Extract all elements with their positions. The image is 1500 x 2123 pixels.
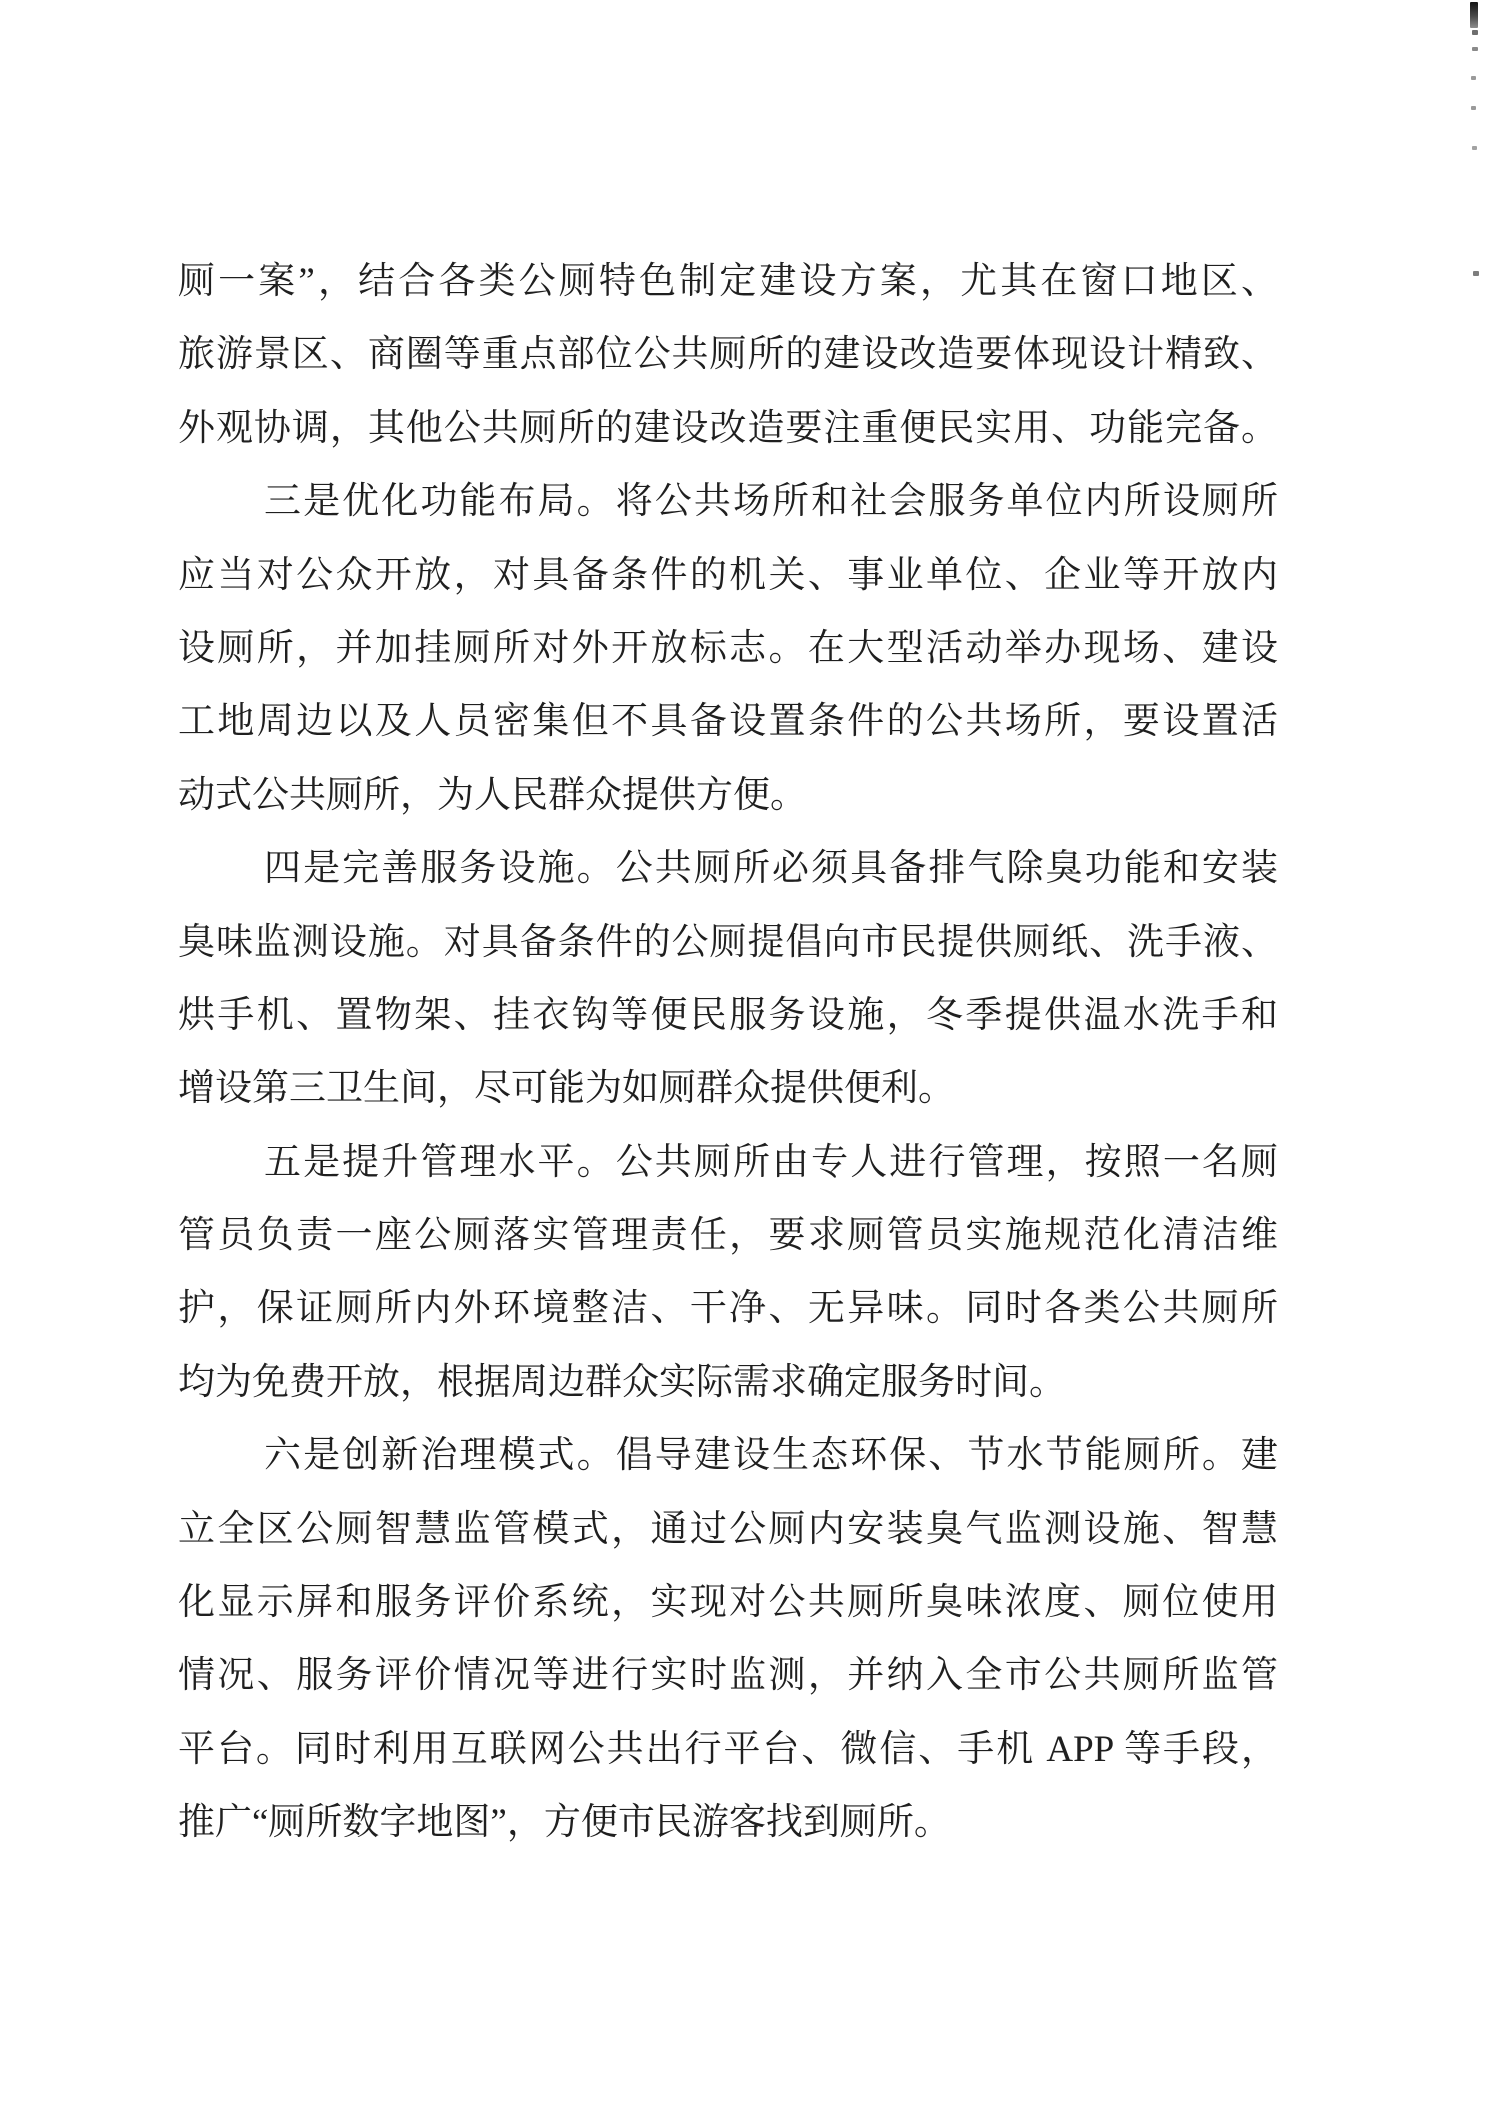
- document-page: 厕一案”，结合各类公厕特色制定建设方案，尤其在窗口地区、旅游景区、商圈等重点部位…: [0, 0, 1500, 2123]
- text-line: 动式公共厕所，为人民群众提供方便。: [178, 759, 1278, 832]
- text-line: 三是优化功能布局。将公共场所和社会服务单位内所设厕所: [178, 465, 1278, 538]
- scan-artifact-speck: [1472, 47, 1478, 51]
- scan-artifact-speck: [1471, 106, 1476, 110]
- text-line: 五是提升管理水平。公共厕所由专人进行管理，按照一名厕: [178, 1126, 1278, 1199]
- text-line: 情况、服务评价情况等进行实时监测，并纳入全市公共厕所监管: [178, 1639, 1278, 1712]
- text-line: 平台。同时利用互联网公共出行平台、微信、手机 APP 等手段，: [178, 1713, 1278, 1786]
- text-line: 均为免费开放，根据周边群众实际需求确定服务时间。: [178, 1346, 1278, 1419]
- text-line: 应当对公众开放，对具备条件的机关、事业单位、企业等开放内: [178, 539, 1278, 612]
- text-line: 臭味监测设施。对具备条件的公厕提倡向市民提供厕纸、洗手液、: [178, 906, 1278, 979]
- text-line: 护，保证厕所内外环境整洁、干净、无异味。同时各类公共厕所: [178, 1272, 1278, 1345]
- document-text: 厕一案”，结合各类公厕特色制定建设方案，尤其在窗口地区、旅游景区、商圈等重点部位…: [178, 245, 1278, 1860]
- scan-artifact-speck: [1472, 146, 1477, 150]
- scan-artifact-smudge: [1470, 2, 1478, 28]
- scan-artifact-speck: [1471, 76, 1476, 80]
- text-line: 六是创新治理模式。倡导建设生态环保、节水节能厕所。建: [178, 1419, 1278, 1492]
- text-line: 旅游景区、商圈等重点部位公共厕所的建设改造要体现设计精致、: [178, 318, 1278, 391]
- text-line: 烘手机、置物架、挂衣钩等便民服务设施，冬季提供温水洗手和: [178, 979, 1278, 1052]
- text-line: 工地周边以及人员密集但不具备设置条件的公共场所，要设置活: [178, 685, 1278, 758]
- text-line: 推广“厕所数字地图”，方便市民游客找到厕所。: [178, 1786, 1278, 1859]
- text-line: 管员负责一座公厕落实管理责任，要求厕管员实施规范化清洁维: [178, 1199, 1278, 1272]
- text-line: 立全区公厕智慧监管模式，通过公厕内安装臭气监测设施、智慧: [178, 1493, 1278, 1566]
- text-line: 四是完善服务设施。公共厕所必须具备排气除臭功能和安装: [178, 832, 1278, 905]
- scan-artifact-speck: [1472, 30, 1478, 35]
- text-line: 设厕所，并加挂厕所对外开放标志。在大型活动举办现场、建设: [178, 612, 1278, 685]
- text-line: 化显示屏和服务评价系统，实现对公共厕所臭味浓度、厕位使用: [178, 1566, 1278, 1639]
- text-line: 增设第三卫生间，尽可能为如厕群众提供便利。: [178, 1052, 1278, 1125]
- text-line: 外观协调，其他公共厕所的建设改造要注重便民实用、功能完备。: [178, 392, 1278, 465]
- scan-artifact-speck: [1473, 271, 1479, 276]
- text-line: 厕一案”，结合各类公厕特色制定建设方案，尤其在窗口地区、: [178, 245, 1278, 318]
